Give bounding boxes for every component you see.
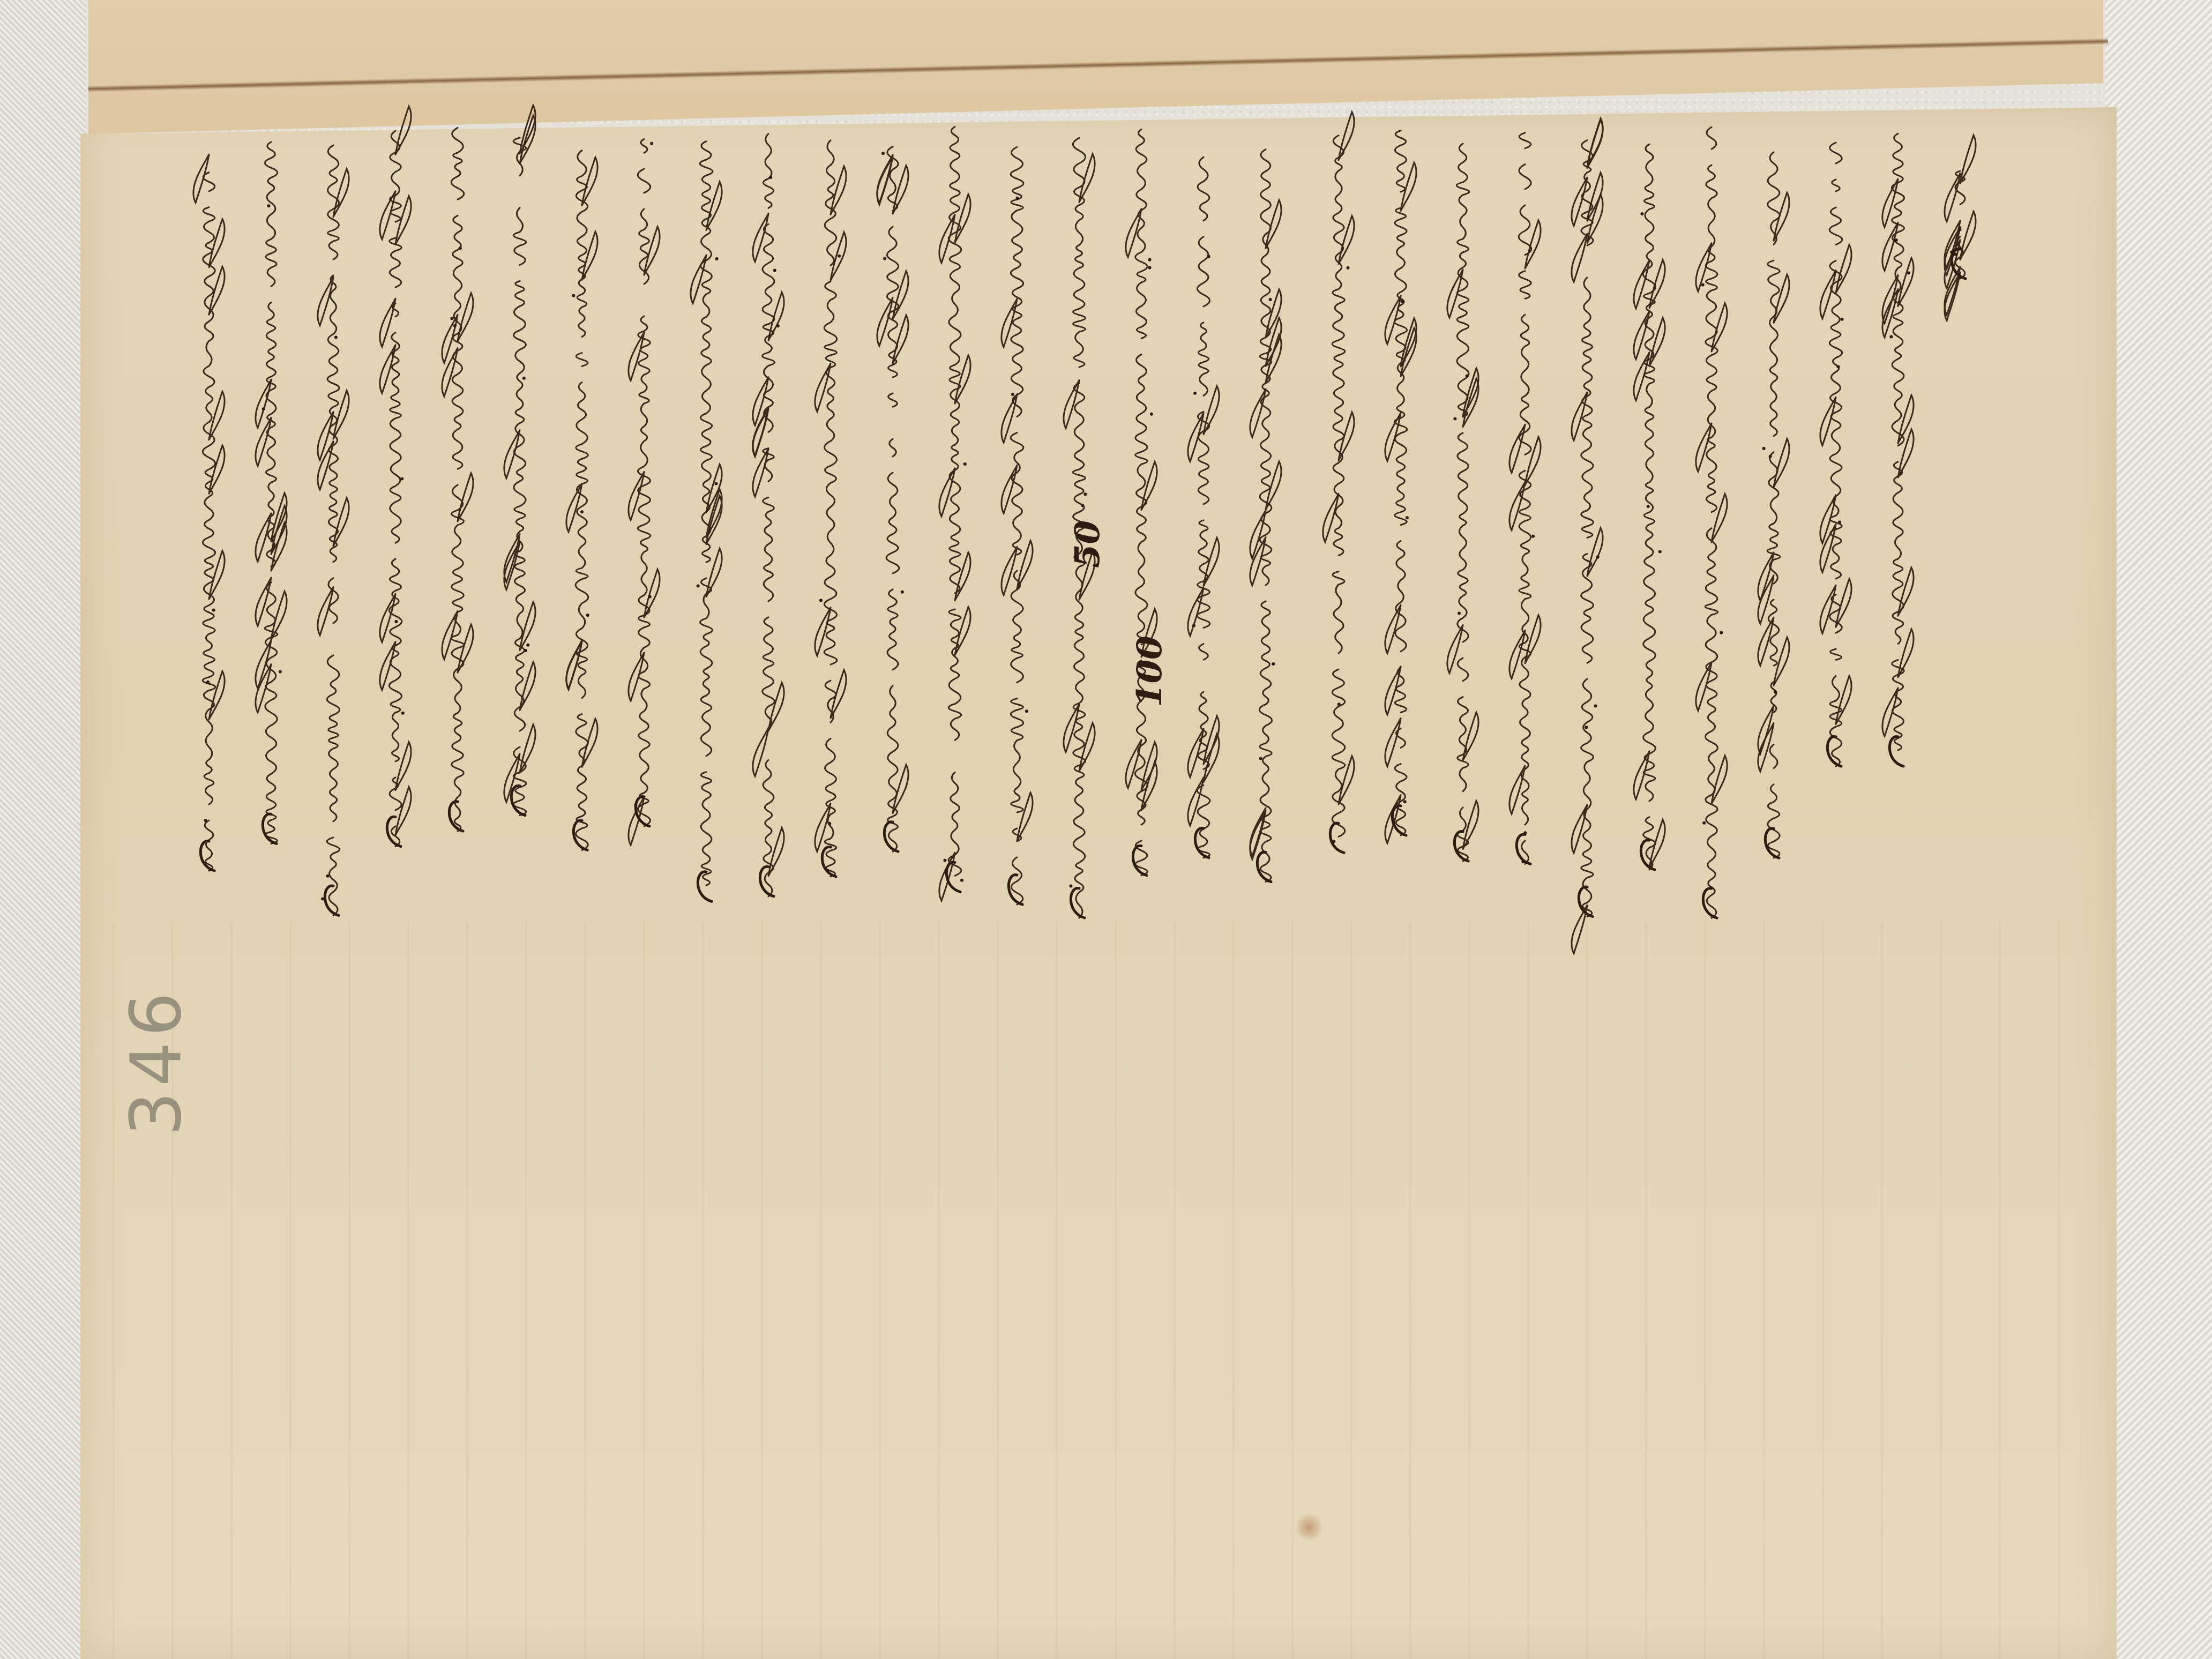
handwritten-number: 100	[1130, 636, 1170, 707]
handwritten-line	[1125, 129, 1157, 943]
handwritten-line	[317, 129, 349, 943]
handwritten-line	[1509, 129, 1541, 943]
handwritten-number: 50	[1067, 520, 1108, 568]
handwritten-line	[379, 129, 412, 943]
handwritten-line	[566, 129, 598, 943]
background-fabric-left	[0, 0, 86, 1659]
handwritten-line	[1695, 129, 1728, 943]
handwritten-line	[1758, 129, 1790, 943]
handwritten-line	[1447, 129, 1479, 943]
handwritten-line	[690, 129, 722, 943]
handwritten-line	[1633, 129, 1665, 943]
handwritten-line	[1322, 129, 1355, 943]
handwritten-line	[193, 129, 225, 943]
handwritten-line	[1001, 129, 1033, 943]
handwritten-line	[504, 129, 536, 943]
handwritten-line	[1385, 129, 1417, 943]
handwritten-line	[939, 129, 971, 943]
handwritten-line	[1882, 129, 1914, 943]
foxing-stain	[1297, 1511, 1321, 1543]
handwritten-line	[1944, 129, 1976, 943]
handwritten-line	[442, 129, 474, 943]
handwritten-line	[1571, 129, 1603, 943]
handwritten-line	[1187, 129, 1220, 943]
background-fabric-right	[2105, 0, 2212, 1659]
handwritten-line	[1250, 129, 1282, 943]
handwritten-line	[255, 129, 287, 943]
handwritten-line	[814, 129, 847, 943]
page-number: 346	[115, 987, 197, 1136]
handwritten-line	[877, 129, 909, 943]
handwritten-line	[628, 129, 660, 943]
handwritten-line	[752, 129, 784, 943]
handwritten-line	[1820, 129, 1852, 943]
